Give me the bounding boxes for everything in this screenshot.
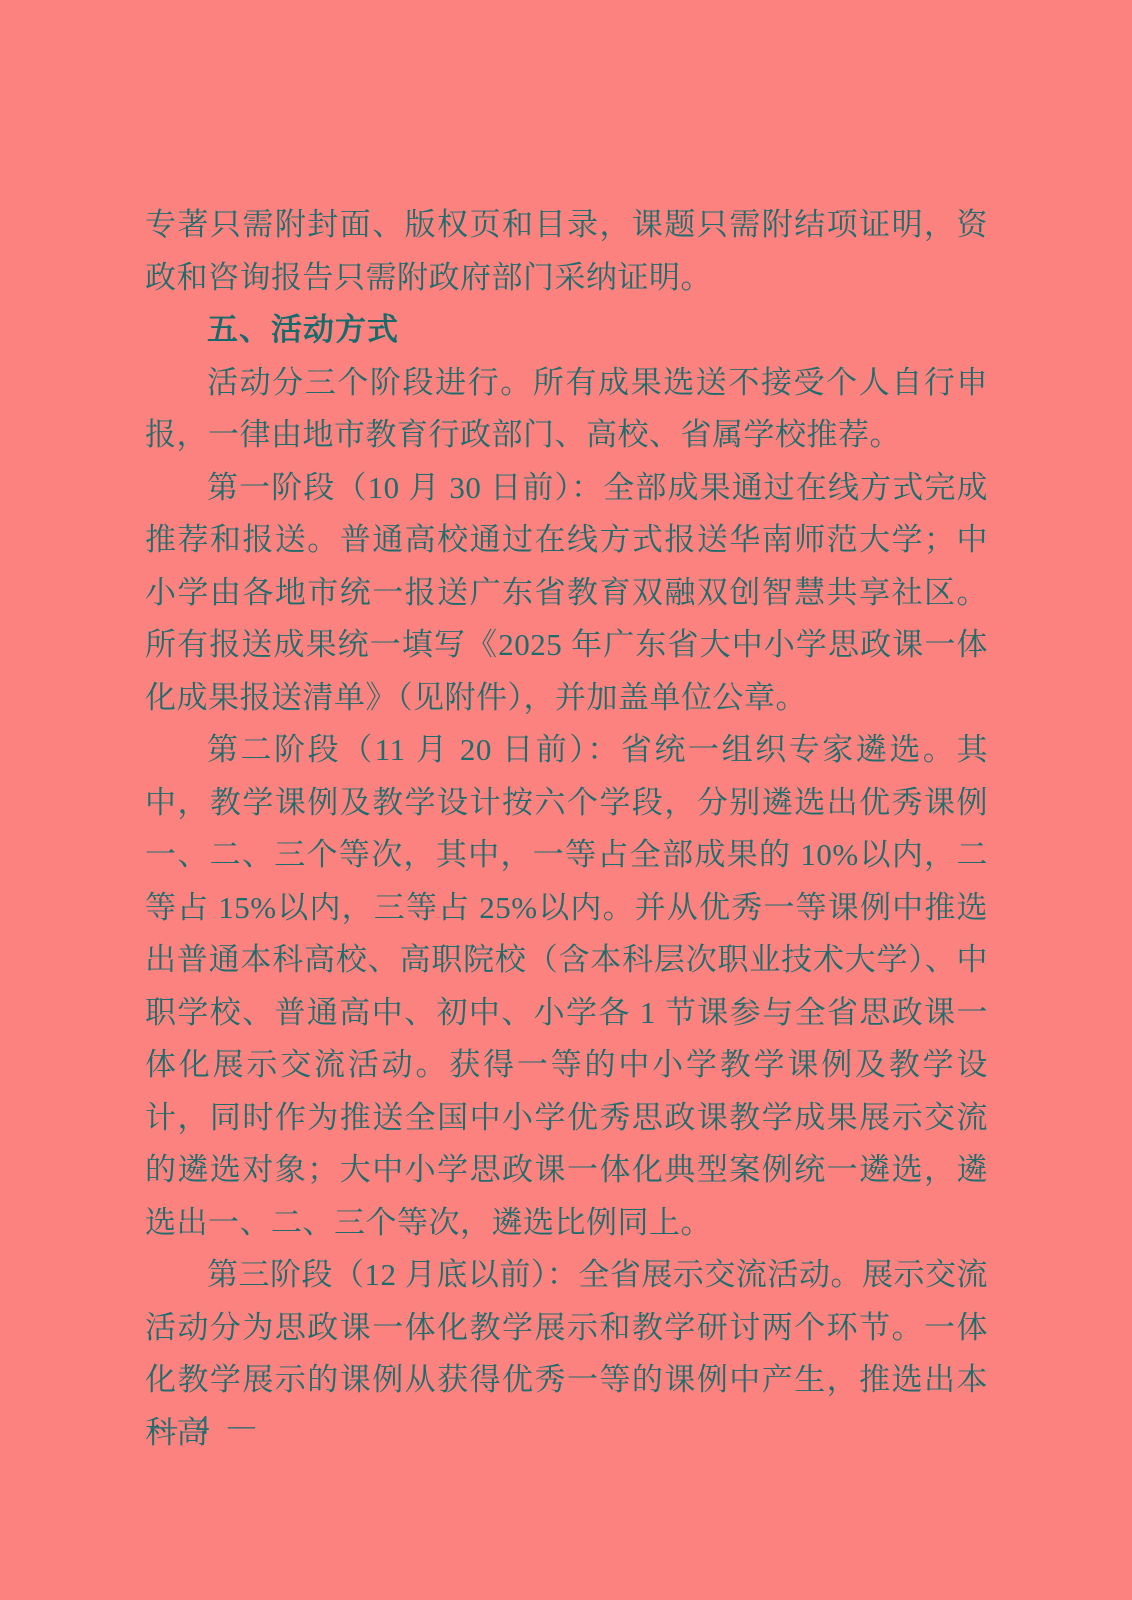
- paragraph: 第二阶段（11 月 20 日前）：省统一组织专家遴选。其中，教学课例及教学设计按…: [145, 724, 988, 1249]
- document-page: 专著只需附封面、版权页和目录，课题只需附结项证明，资政和咨询报告只需附政府部门采…: [0, 0, 1132, 1600]
- paragraph: 活动分三个阶段进行。所有成果选送不接受个人自行申报，一律由地市教育行政部门、高校…: [145, 357, 988, 462]
- paragraph: 专著只需附封面、版权页和目录，课题只需附结项证明，资政和咨询报告只需附政府部门采…: [145, 199, 988, 304]
- page-number-footer: — 4 —: [150, 1409, 261, 1441]
- document-body: 专著只需附封面、版权页和目录，课题只需附结项证明，资政和咨询报告只需附政府部门采…: [145, 199, 988, 1459]
- paragraph: 第一阶段（10 月 30 日前）：全部成果通过在线方式完成推荐和报送。普通高校通…: [145, 462, 988, 725]
- paragraph: 第三阶段（12 月底以前）：全省展示交流活动。展示交流活动分为思政课一体化教学展…: [145, 1249, 988, 1459]
- section-heading: 五、活动方式: [145, 304, 988, 357]
